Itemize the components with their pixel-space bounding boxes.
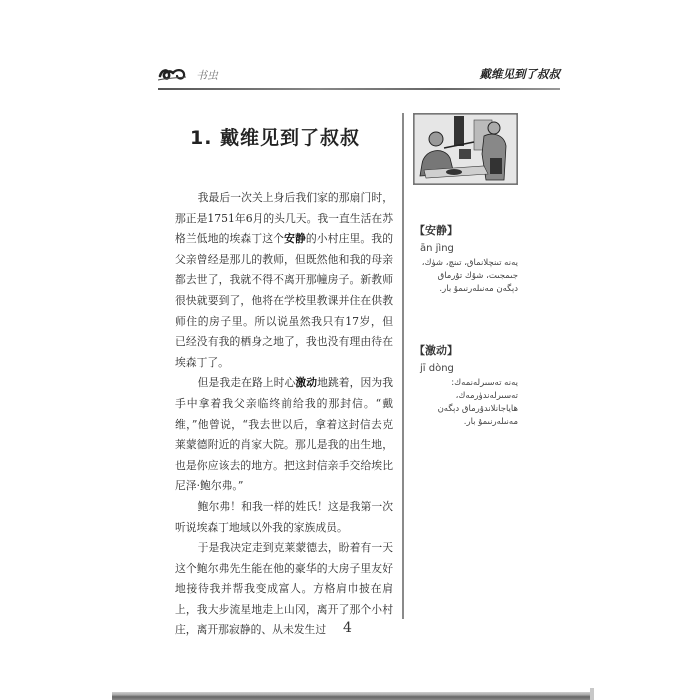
illustration bbox=[413, 113, 518, 185]
body-text: 我最后一次关上身后我们家的那扇门时，那正是1751年6月的头几天。我一直生活在苏… bbox=[175, 188, 393, 641]
text-run: 但是我走在路上时心 bbox=[198, 376, 296, 389]
glossary-definition: يەنە تەسىرلەنمەك: تەسىرلەندۈرمەك، ھاياجا… bbox=[414, 377, 518, 429]
page-number: 4 bbox=[343, 620, 352, 636]
text-run: 的小村庄里。我的父亲曾经是那儿的教师，但既然他和我的母亲都去世了，我就不得不离开… bbox=[175, 232, 393, 369]
glossary-term: 【激动】 bbox=[414, 342, 524, 358]
horizontal-scrollbar[interactable] bbox=[112, 692, 590, 700]
running-chapter-title: 戴维见到了叔叔 bbox=[480, 66, 561, 82]
sidebar-divider bbox=[402, 113, 404, 619]
glossary-entry-anjing: 【安静】 ān jìng يەنە تىنچلانماق، تىنچ، شۈك،… bbox=[414, 222, 524, 296]
chapter-title: 1. 戴维见到了叔叔 bbox=[190, 123, 400, 150]
bookworm-logo-icon bbox=[158, 66, 188, 82]
glossary-term: 【安静】 bbox=[414, 222, 524, 238]
glossary-entry-jidong: 【激动】 jī dòng يەنە تەسىرلەنمەك: تەسىرلەند… bbox=[414, 342, 524, 429]
scrollbar-end-cap bbox=[590, 688, 594, 700]
paragraph: 但是我走在路上时心激动地跳着，因为我手中拿着我父亲临终前给我的那封信。“戴维，”… bbox=[175, 373, 393, 497]
series-name: 书虫 bbox=[196, 67, 218, 83]
text-run: 鲍尔弗！和我一样的姓氏！这是我第一次听说埃森丁地域以外我的家族成员。 bbox=[175, 500, 393, 534]
keyword-anjing: 安静 bbox=[284, 232, 306, 245]
running-header: 书虫 戴维见到了叔叔 bbox=[158, 64, 560, 86]
glossary-pinyin: ān jìng bbox=[420, 243, 524, 254]
glossary-definition: يەنە تىنچلانماق، تىنچ، شۈك، جىمجىت، شۇك … bbox=[414, 257, 518, 296]
paragraph: 我最后一次关上身后我们家的那扇门时，那正是1751年6月的头几天。我一直生活在苏… bbox=[175, 188, 393, 373]
glossary-pinyin: jī dòng bbox=[420, 363, 524, 374]
paragraph: 鲍尔弗！和我一样的姓氏！这是我第一次听说埃森丁地域以外我的家族成员。 bbox=[175, 497, 393, 538]
illustration-two-men-at-table-icon bbox=[414, 114, 517, 184]
keyword-jidong: 激动 bbox=[295, 376, 317, 389]
text-run: 于是我决定走到克莱蒙德去，盼着有一天这个鲍尔弗先生能在他的豪华的大房子里友好地接… bbox=[175, 541, 393, 636]
paragraph: 于是我决定走到克莱蒙德去，盼着有一天这个鲍尔弗先生能在他的豪华的大房子里友好地接… bbox=[175, 538, 393, 641]
header-rule bbox=[158, 88, 560, 90]
text-run: 地跳着，因为我手中拿着我父亲临终前给我的那封信。“戴维，”他曾说，“我去世以后，… bbox=[175, 376, 393, 492]
